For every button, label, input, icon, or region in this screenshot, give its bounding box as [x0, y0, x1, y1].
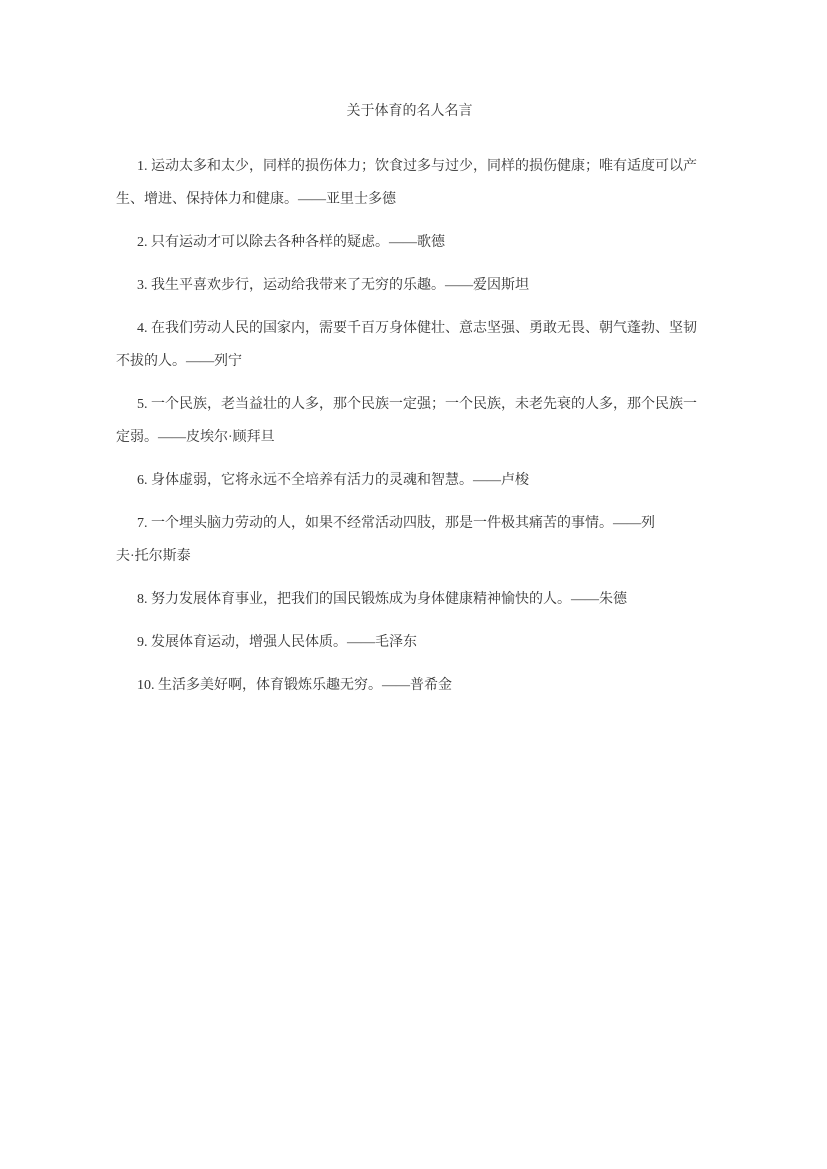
quotes-list: 1. 运动太多和太少，同样的损伤体力；饮食过多与过少，同样的损伤健康；唯有适度可…: [116, 150, 703, 702]
quote-paragraph: 9. 发展体育运动，增强人民体质。——毛泽东: [116, 626, 703, 659]
quote-paragraph: 3. 我生平喜欢步行，运动给我带来了无穷的乐趣。——爱因斯坦: [116, 269, 703, 302]
document-page: 关于体育的名人名言 1. 运动太多和太少，同样的损伤体力；饮食过多与过少，同样的…: [0, 0, 827, 1169]
document-title: 关于体育的名人名言: [116, 95, 703, 128]
quote-paragraph: 4. 在我们劳动人民的国家内，需要千百万身体健壮、意志坚强、勇敢无畏、朝气蓬勃、…: [116, 312, 703, 378]
quote-paragraph: 6. 身体虚弱，它将永远不全培养有活力的灵魂和智慧。——卢梭: [116, 464, 703, 497]
quote-paragraph: 1. 运动太多和太少，同样的损伤体力；饮食过多与过少，同样的损伤健康；唯有适度可…: [116, 150, 703, 216]
quote-paragraph: 10. 生活多美好啊，体育锻炼乐趣无穷。——普希金: [116, 669, 703, 702]
quote-paragraph: 7. 一个埋头脑力劳动的人，如果不经常活动四肢，那是一件极其痛苦的事情。——列 …: [116, 507, 703, 573]
quote-paragraph: 5. 一个民族，老当益壮的人多，那个民族一定强；一个民族，未老先衰的人多，那个民…: [116, 388, 703, 454]
quote-paragraph: 2. 只有运动才可以除去各种各样的疑虑。——歌德: [116, 226, 703, 259]
quote-paragraph: 8. 努力发展体育事业，把我们的国民锻炼成为身体健康精神愉快的人。——朱德: [116, 583, 703, 616]
